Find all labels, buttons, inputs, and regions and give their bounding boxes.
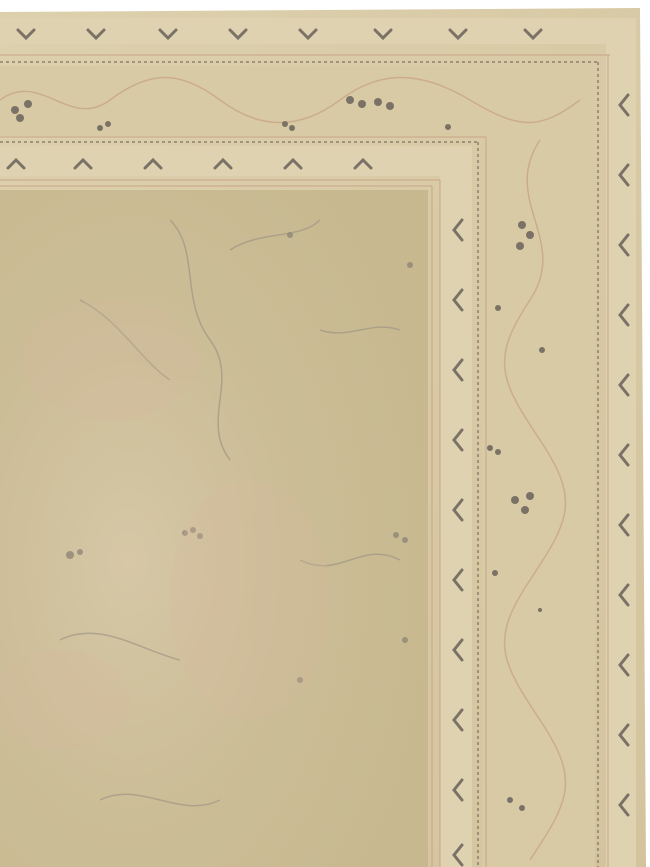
rug-photo <box>0 0 650 867</box>
rug-illustration <box>0 0 650 867</box>
